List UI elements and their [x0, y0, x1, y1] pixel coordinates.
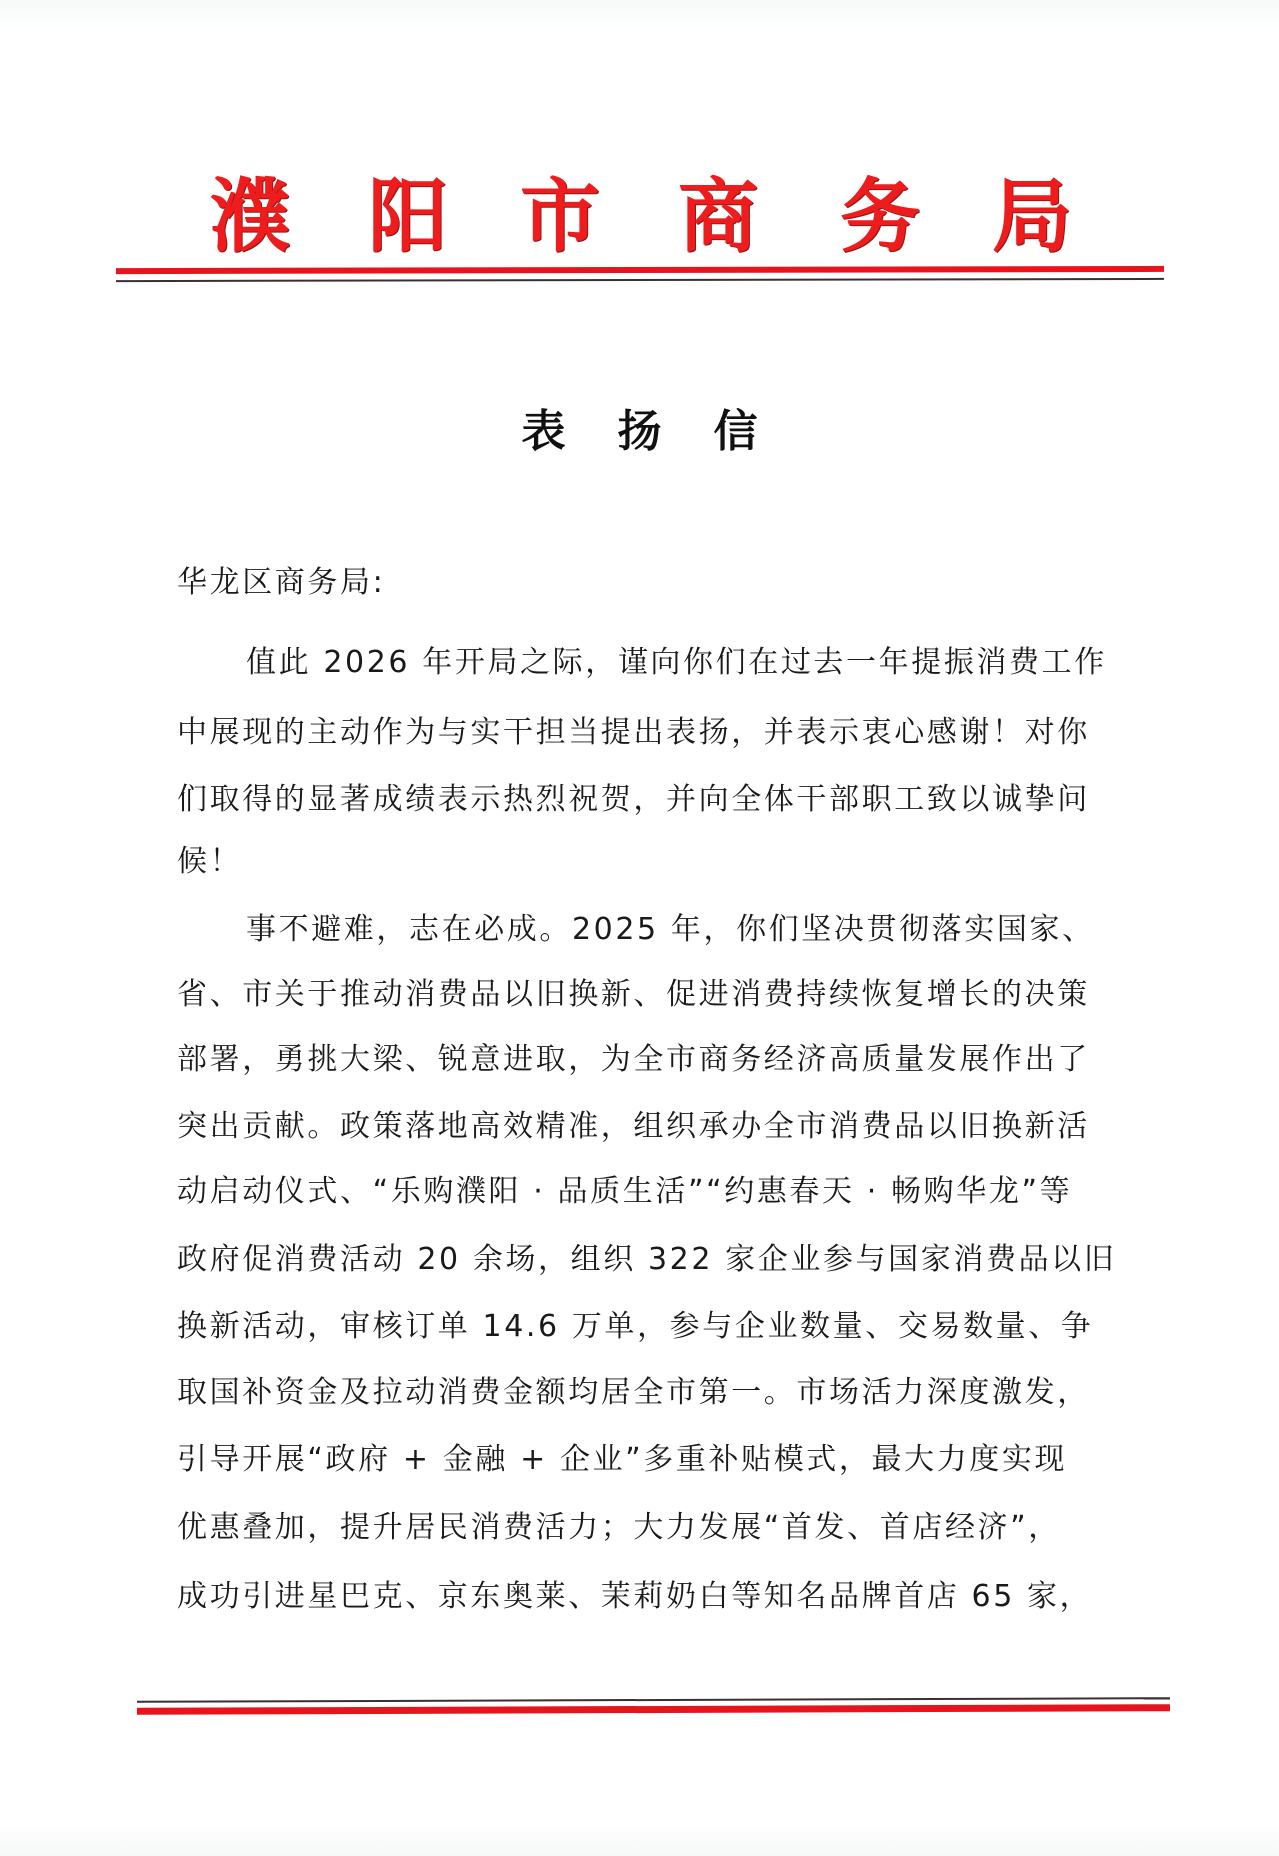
footer-rule-black: [137, 1697, 1170, 1703]
body-line: 候！: [177, 842, 1147, 882]
body-line: 省、市关于推动消费品以旧换新、促进消费持续恢复增长的决策: [177, 975, 1147, 1015]
footer-rule-red: [137, 1704, 1170, 1715]
body-line: 值此 2026 年开局之际，谨向你们在过去一年提振消费工作: [246, 643, 1216, 683]
body-line: 取国补资金及拉动消费金额均居全市第一。市场活力深度激发，: [177, 1373, 1147, 1413]
masthead-char: 濮: [202, 168, 298, 264]
title-char: 信: [714, 404, 758, 460]
body-line: 部署，勇挑大梁、锐意进取，为全市商务经济高质量发展作出了: [177, 1040, 1147, 1080]
masthead-char: 局: [984, 168, 1080, 264]
document-title: 表扬信: [0, 404, 1279, 460]
masthead-char: 阳: [360, 168, 456, 264]
title-char: 扬: [618, 404, 662, 460]
masthead-char: 务: [832, 168, 928, 264]
masthead-char: 商: [670, 168, 766, 264]
document-page: 濮 阳 市 商 务 局 表扬信 华龙区商务局: 值此 2026 年开局之际，谨向…: [0, 0, 1279, 1856]
body-line: 换新活动，审核订单 14.6 万单，参与企业数量、交易数量、争: [177, 1307, 1147, 1347]
body-line: 动启动仪式、“乐购濮阳 · 品质生活”“约惠春天 · 畅购华龙”等: [177, 1172, 1147, 1212]
body-line: 引导开展“政府 + 金融 + 企业”多重补贴模式，最大力度实现: [177, 1440, 1147, 1480]
body-line: 事不避难，志在必成。2025 年，你们坚决贯彻落实国家、: [246, 910, 1216, 950]
body-line: 突出贡献。政策落地高效精准，组织承办全市消费品以旧换新活: [177, 1107, 1147, 1147]
title-char: 表: [522, 404, 566, 460]
salutation: 华龙区商务局:: [177, 563, 1147, 603]
body-line: 中展现的主动作为与实干担当提出表扬，并表示衷心感谢！对你: [177, 713, 1147, 753]
masthead-char: 市: [512, 168, 608, 264]
header-rule-red: [116, 266, 1164, 274]
header-rule-black: [116, 278, 1164, 282]
masthead: 濮 阳 市 商 务 局: [0, 168, 1279, 264]
body-line: 政府促消费活动 20 余场，组织 322 家企业参与国家消费品以旧: [177, 1240, 1147, 1280]
body-line: 优惠叠加，提升居民消费活力；大力发展“首发、首店经济”，: [177, 1508, 1147, 1548]
body-line: 们取得的显著成绩表示热烈祝贺，并向全体干部职工致以诚挚问: [177, 780, 1147, 820]
body-line: 成功引进星巴克、京东奥莱、茉莉奶白等知名品牌首店 65 家，: [177, 1577, 1147, 1617]
